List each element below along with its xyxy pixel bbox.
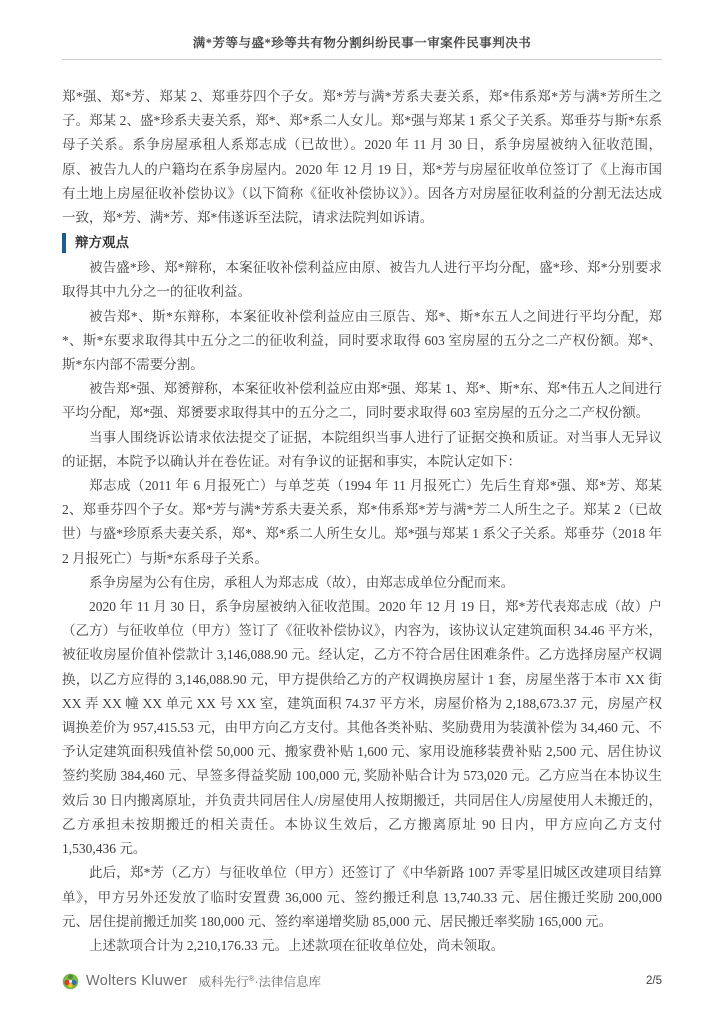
section-heading-defense-opinion: 辩方观点 [62,233,662,253]
product-name-suffix: ·法律信息库 [254,975,321,989]
body-paragraph: 此后，郑*芳（乙方）与征收单位（甲方）还签订了《中华新路 1007 弄零星旧城区… [62,861,662,934]
body-paragraph: 被告郑*、斯*东辩称，本案征收补偿利益应由三原告、郑*、斯*东五人之间进行平均分… [62,305,662,378]
judgment-document-page: 满*芳等与盛*珍等共有物分割纠纷民事一审案件民事判决书 郑*强、郑*芳、郑某 2… [0,0,724,1024]
page-number: 2/5 [646,975,662,987]
document-body: 郑*强、郑*芳、郑某 2、郑垂芬四个子女。郑*芳与满*芳系夫妻关系，郑*伟系郑*… [62,85,662,958]
header-divider [62,59,662,60]
body-paragraph: 被告郑*强、郑赟辩称，本案征收补偿利益应由郑*强、郑某 1、郑*、斯*东、郑*伟… [62,377,662,425]
body-paragraph: 2020 年 11 月 30 日，系争房屋被纳入征收范围。2020 年 12 月… [62,595,662,861]
page-footer: Wolters Kluwer 威科先行®·法律信息库 2/5 [62,972,662,990]
product-name-text: 威科先行 [198,975,248,989]
body-paragraph: 郑志成（2011 年 6 月报死亡）与单芝英（1994 年 11 月报死亡）先后… [62,474,662,571]
brand-name: Wolters Kluwer [86,973,187,989]
document-title: 满*芳等与盛*珍等共有物分割纠纷民事一审案件民事判决书 [62,34,662,52]
body-paragraph: 系争房屋为公有住房，承租人为郑志成（故），由郑志成单位分配而来。 [62,571,662,595]
page-content: 满*芳等与盛*珍等共有物分割纠纷民事一审案件民事判决书 郑*强、郑*芳、郑某 2… [0,0,724,958]
continuation-paragraph: 郑*强、郑*芳、郑某 2、郑垂芬四个子女。郑*芳与满*芳系夫妻关系，郑*伟系郑*… [62,85,662,230]
body-paragraph: 当事人围绕诉讼请求依法提交了证据，本院组织当事人进行了证据交换和质证。对当事人无… [62,426,662,474]
wolters-kluwer-logo-icon [62,973,79,990]
product-name: 威科先行®·法律信息库 [198,972,321,990]
body-paragraph: 被告盛*珍、郑*辩称，本案征收补偿利益应由原、被告九人进行平均分配，盛*珍、郑*… [62,256,662,304]
body-paragraph: 上述款项合计为 2,210,176.33 元。上述款项在征收单位处，尚未领取。 [62,934,662,958]
